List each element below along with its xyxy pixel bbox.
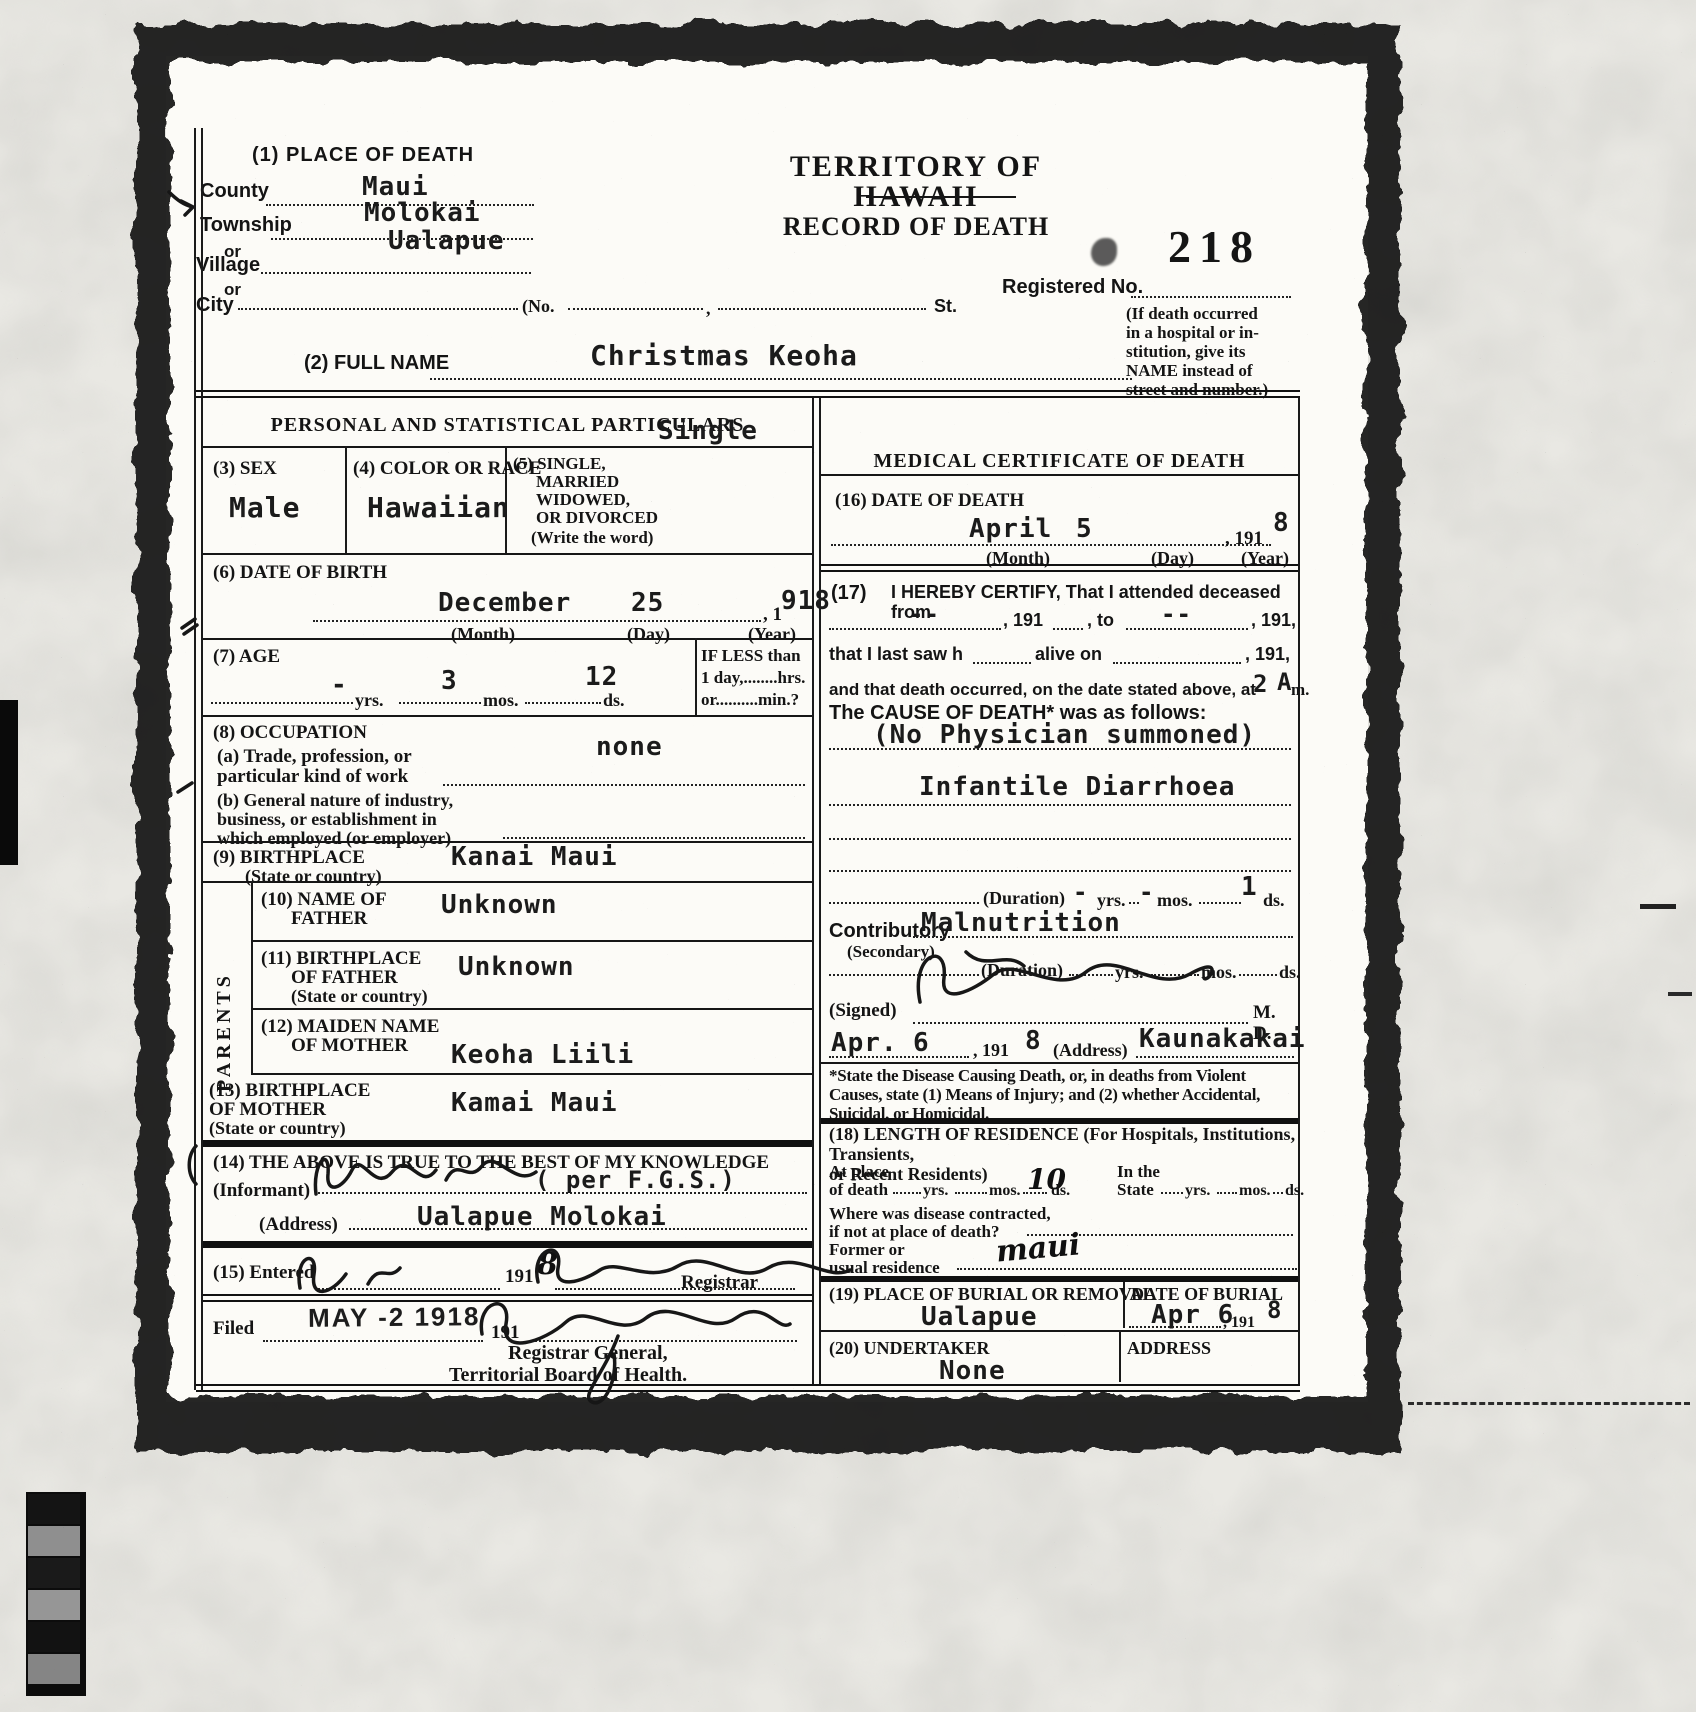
township-line [271, 238, 533, 240]
attended-to-value: -- [1161, 602, 1192, 626]
film-edge-tab [0, 700, 18, 865]
form-left-border [194, 128, 196, 1390]
duration-years-value: - [1073, 880, 1088, 904]
parents-cell-divider [251, 881, 253, 1073]
township-label: Township [200, 214, 292, 236]
if-less-note: or..........min.? [701, 690, 799, 709]
if-less-note: 1 day,........hrs. [701, 668, 805, 687]
ink-smudge [1091, 238, 1117, 266]
scan-dash-mark [1668, 992, 1692, 996]
race-value: Hawaiian [367, 494, 510, 522]
year-prefix: , 191, [1245, 644, 1290, 664]
contracted-label: Where was disease contracted, [829, 1204, 1051, 1223]
marital-label: OR DIVORCED [536, 508, 658, 527]
comma: , [706, 298, 711, 318]
rule [251, 1073, 812, 1075]
occupation-b-label: (b) General nature of industry, [217, 790, 453, 810]
birth-date-label: (6) DATE OF BIRTH [213, 562, 387, 583]
mother-name-label: (12) MAIDEN NAME [261, 1016, 439, 1037]
informant-address-label: (Address) [259, 1214, 338, 1235]
father-name-label: (10) NAME OF [261, 889, 387, 910]
no-label: (No. [522, 296, 555, 316]
mother-name-value: Keoha Liili [451, 1042, 634, 1068]
cause-line [829, 838, 1291, 840]
alive-on-label: alive on [1035, 644, 1102, 664]
mother-birthplace-value: Kamai Maui [451, 1090, 618, 1116]
undertaker-address-label: ADDRESS [1127, 1338, 1211, 1358]
father-name-value: Unknown [441, 892, 558, 918]
place-of-death-title: (1) PLACE OF DEATH [252, 144, 474, 166]
village-label: Village [196, 254, 260, 276]
calibration-cell [28, 1654, 80, 1684]
death-year-value: 8 [1273, 510, 1290, 536]
death-month-value: April [969, 516, 1052, 542]
contracted-label: if not at place of death? [829, 1222, 999, 1241]
undertaker-value: None [939, 1358, 1006, 1384]
title-underline [866, 196, 1016, 198]
signed-label: (Signed) [829, 1000, 897, 1021]
death-hour-value: 2 [1253, 672, 1268, 696]
duration-line [1239, 974, 1277, 976]
calibration-cell [28, 1590, 80, 1620]
in-the-label: In the [1117, 1162, 1160, 1181]
informant-typed-note: ( per F.G.S.) [535, 1168, 736, 1192]
pen-tick-mark [180, 616, 200, 636]
rule [203, 881, 812, 883]
village-value: Ualapue [388, 228, 505, 254]
rule [203, 638, 812, 640]
double-rule [821, 564, 1298, 572]
signed-year-value: 8 [1025, 1028, 1042, 1054]
yrs-caption: yrs. [1185, 1182, 1210, 1200]
mos-caption: mos. [1157, 890, 1193, 910]
physician-address-value: Kaunakakai [1139, 1026, 1306, 1052]
parents-label: PARENTS [213, 932, 235, 1092]
cause-value-1: (No Physician summoned) [873, 722, 1256, 748]
rule [821, 474, 1298, 476]
occupation-value: none [596, 734, 663, 760]
rule [203, 446, 812, 448]
occupation-b-label: which employed (or employer) [217, 828, 451, 848]
marital-status-value: Single [658, 418, 758, 444]
age-days-value: 12 [585, 664, 618, 690]
former-residence-value: maui [995, 1230, 1082, 1267]
right-section-title: MEDICAL CERTIFICATE OF DEATH [821, 450, 1298, 472]
registrar-general-caption: Registrar General, [508, 1342, 668, 1364]
state-label: State [1117, 1180, 1154, 1199]
birth-date-line [313, 620, 761, 622]
burial-date-value: Apr 6 [1151, 1302, 1234, 1328]
no-line [568, 308, 703, 310]
cell-divider [695, 638, 697, 715]
if-less-note: IF LESS than [701, 646, 801, 665]
cause-line [829, 870, 1291, 872]
marital-hint: (Write the word) [531, 528, 653, 547]
form-right-border [1298, 398, 1300, 1386]
occupation-a-label: (a) Trade, profession, or [217, 746, 412, 767]
informant-address-value: Ualapue Molokai [417, 1204, 667, 1230]
father-name-label: FATHER [291, 908, 367, 929]
rule [203, 553, 812, 555]
city-line [238, 308, 518, 310]
calibration-cell [28, 1526, 80, 1556]
marital-label: (5) SINGLE, [513, 454, 606, 473]
of-death-label: of death [829, 1180, 888, 1199]
residence-line [955, 1192, 987, 1194]
territory-title: TERRITORY OF HAWAII [736, 152, 1096, 212]
year-caption: (Year) [748, 624, 796, 644]
yrs-caption: yrs. [355, 690, 384, 710]
filed-label: Filed [213, 1318, 254, 1339]
thick-rule [821, 1276, 1298, 1282]
residence-line [1023, 1192, 1047, 1194]
registered-number-stamp: 218 [1168, 220, 1261, 273]
personal-particulars-column: PERSONAL AND STATISTICAL PARTICULARS Sin… [203, 392, 812, 1386]
year-prefix: , 191 [1225, 528, 1263, 549]
certify-number: (17) [831, 582, 867, 604]
residence-line [1161, 1192, 1183, 1194]
calibration-cell [28, 1622, 80, 1652]
former-residence-label: Former or [829, 1240, 905, 1259]
certify-line [1126, 628, 1248, 630]
yrs-caption: yrs. [1097, 890, 1126, 910]
attended-from-value: -- [909, 602, 940, 626]
calibration-cell [28, 1494, 80, 1524]
occupation-label: (8) OCCUPATION [213, 722, 367, 743]
filed-date-stamp: MAY -2 1918 [308, 1301, 481, 1334]
month-caption: (Month) [451, 624, 515, 644]
signed-day-value: 6 [913, 1030, 930, 1056]
year-prefix: , 1 [763, 604, 782, 625]
village-line [261, 272, 531, 274]
address-label: (Address) [1053, 1040, 1128, 1060]
cause-line [829, 748, 1291, 750]
last-saw-text: that I last saw h [829, 644, 963, 664]
cell-divider [1119, 1330, 1121, 1382]
mother-birthplace-label: (13) BIRTHPLACE [209, 1080, 370, 1101]
rule [821, 1062, 1298, 1064]
full-name-line [430, 378, 1132, 380]
ds-caption: ds. [1051, 1182, 1070, 1200]
age-line [399, 702, 481, 704]
occupation-b-label: business, or establishment in [217, 809, 437, 829]
undertaker-label: (20) UNDERTAKER [829, 1338, 990, 1358]
ds-caption: ds. [1263, 890, 1285, 910]
certify-line [1113, 662, 1241, 664]
occupation-b-line [503, 837, 805, 839]
age-label: (7) AGE [213, 646, 280, 667]
medical-certificate-column: MEDICAL CERTIFICATE OF DEATH (16) DATE O… [821, 392, 1298, 1386]
signed-month-value: Apr. [831, 1030, 898, 1056]
birthplace-label: (9) BIRTHPLACE [213, 847, 365, 868]
registered-no-line [1131, 296, 1291, 298]
duration-line [1199, 902, 1241, 904]
father-birthplace-value: Unknown [458, 954, 575, 980]
father-birthplace-sublabel: (State or country) [291, 986, 428, 1006]
to-label: , to [1087, 610, 1114, 630]
residence-line [1217, 1192, 1237, 1194]
residence-line [1273, 1192, 1283, 1194]
father-birthplace-label: (11) BIRTHPLACE [261, 948, 421, 969]
cause-footnote: *State the Disease Causing Death, or, in… [829, 1066, 1293, 1123]
sex-label: (3) SEX [213, 458, 277, 479]
birth-month-value: December [438, 590, 571, 616]
address-line [1136, 1056, 1294, 1058]
ds-caption: ds. [1285, 1182, 1304, 1200]
rule [251, 940, 812, 942]
ds-caption: ds. [1279, 962, 1301, 982]
cause-value-2: Infantile Diarrhoea [919, 774, 1235, 800]
hospital-note: (If death occurred in a hospital or in- … [1126, 304, 1306, 399]
calibration-strip [26, 1492, 86, 1696]
year-prefix: , 191 [973, 1040, 1009, 1060]
year-prefix: , 191, [1251, 610, 1296, 630]
age-months-value: 3 [441, 668, 458, 694]
burial-place-label: (19) PLACE OF BURIAL OR REMOVAL [829, 1284, 1155, 1304]
death-day-value: 5 [1076, 516, 1093, 542]
duration-line [829, 902, 979, 904]
occupation-a-line [443, 784, 805, 786]
full-name-label: (2) FULL NAME [304, 352, 449, 374]
birthplace-value: Kanai Maui [451, 844, 618, 870]
father-birthplace-label: OF FATHER [291, 967, 398, 988]
street-label: St. [934, 296, 957, 316]
age-years-value: - [331, 672, 348, 698]
certify-line [829, 628, 1001, 630]
mos-caption: mos. [989, 1182, 1021, 1200]
informant-signature [308, 1136, 548, 1210]
board-of-health-caption: Territorial Board of Health. [449, 1364, 687, 1386]
scan-dash-mark [1640, 904, 1676, 909]
age-line [525, 702, 601, 704]
record-of-death-title: RECORD OF DEATH [736, 214, 1096, 240]
certificate-paper: (1) PLACE OF DEATH County Maui Township … [166, 56, 1368, 1402]
full-name-value: Christmas Keoha [590, 342, 858, 370]
calibration-cell [28, 1558, 80, 1588]
year-prefix: , 191 [1003, 610, 1043, 630]
dashed-scan-mark [1408, 1402, 1690, 1405]
duration-days-value: 1 [1241, 874, 1258, 900]
marital-label: WIDOWED, [536, 490, 630, 509]
cell-divider [345, 446, 347, 553]
county-label: County [200, 180, 269, 202]
duration-months-value: - [1139, 880, 1154, 904]
mother-birthplace-sublabel: (State or country) [209, 1118, 346, 1138]
pen-tick-mark [176, 778, 196, 798]
township-value: Molokai [364, 200, 481, 226]
duration-line [1129, 902, 1139, 904]
burial-date-line [1129, 1326, 1221, 1328]
county-value: Maui [362, 174, 429, 200]
mother-name-label: OF MOTHER [291, 1035, 408, 1056]
certify-line [1053, 628, 1083, 630]
death-date-line [831, 544, 1271, 546]
age-line [211, 702, 353, 704]
rule [251, 1008, 812, 1010]
death-date-label: (16) DATE OF DEATH [835, 490, 1024, 511]
former-residence-label: usual residence [829, 1258, 940, 1277]
mos-caption: mos. [1239, 1182, 1271, 1200]
occupation-a-label: particular kind of work [217, 766, 408, 787]
at-place-label: At place [829, 1162, 889, 1181]
mother-birthplace-label: OF MOTHER [209, 1099, 326, 1120]
informant-label: (Informant) [213, 1180, 310, 1201]
rule [203, 715, 812, 717]
burial-year-value: 8 [1267, 1298, 1282, 1322]
m-caption: m. [1291, 680, 1309, 699]
street-line [718, 308, 926, 310]
residence-line [893, 1192, 921, 1194]
cause-line [829, 804, 1291, 806]
death-occurred-text: and that death occurred, on the date sta… [829, 680, 1256, 699]
pen-paren-mark [184, 1144, 200, 1188]
signed-date-line [829, 1056, 969, 1058]
day-caption: (Day) [627, 624, 670, 644]
filed-line [263, 1340, 483, 1342]
duration-label: (Duration) [983, 888, 1065, 908]
certify-line [973, 662, 1031, 664]
birth-day-value: 25 [631, 590, 664, 616]
yrs-caption: yrs. [923, 1182, 948, 1200]
physician-signature [906, 932, 1216, 1027]
ds-caption: ds. [603, 690, 625, 710]
mos-caption: mos. [483, 690, 519, 710]
registered-no-label: Registered No. [1002, 276, 1143, 298]
birthplace-sublabel: (State or country) [245, 866, 382, 886]
marital-label: MARRIED [536, 472, 619, 491]
burial-place-value: Ualapue [921, 1304, 1038, 1330]
sex-value: Male [229, 494, 300, 522]
rule [821, 1330, 1298, 1332]
scanned-death-certificate: (1) PLACE OF DEATH County Maui Township … [0, 0, 1696, 1712]
